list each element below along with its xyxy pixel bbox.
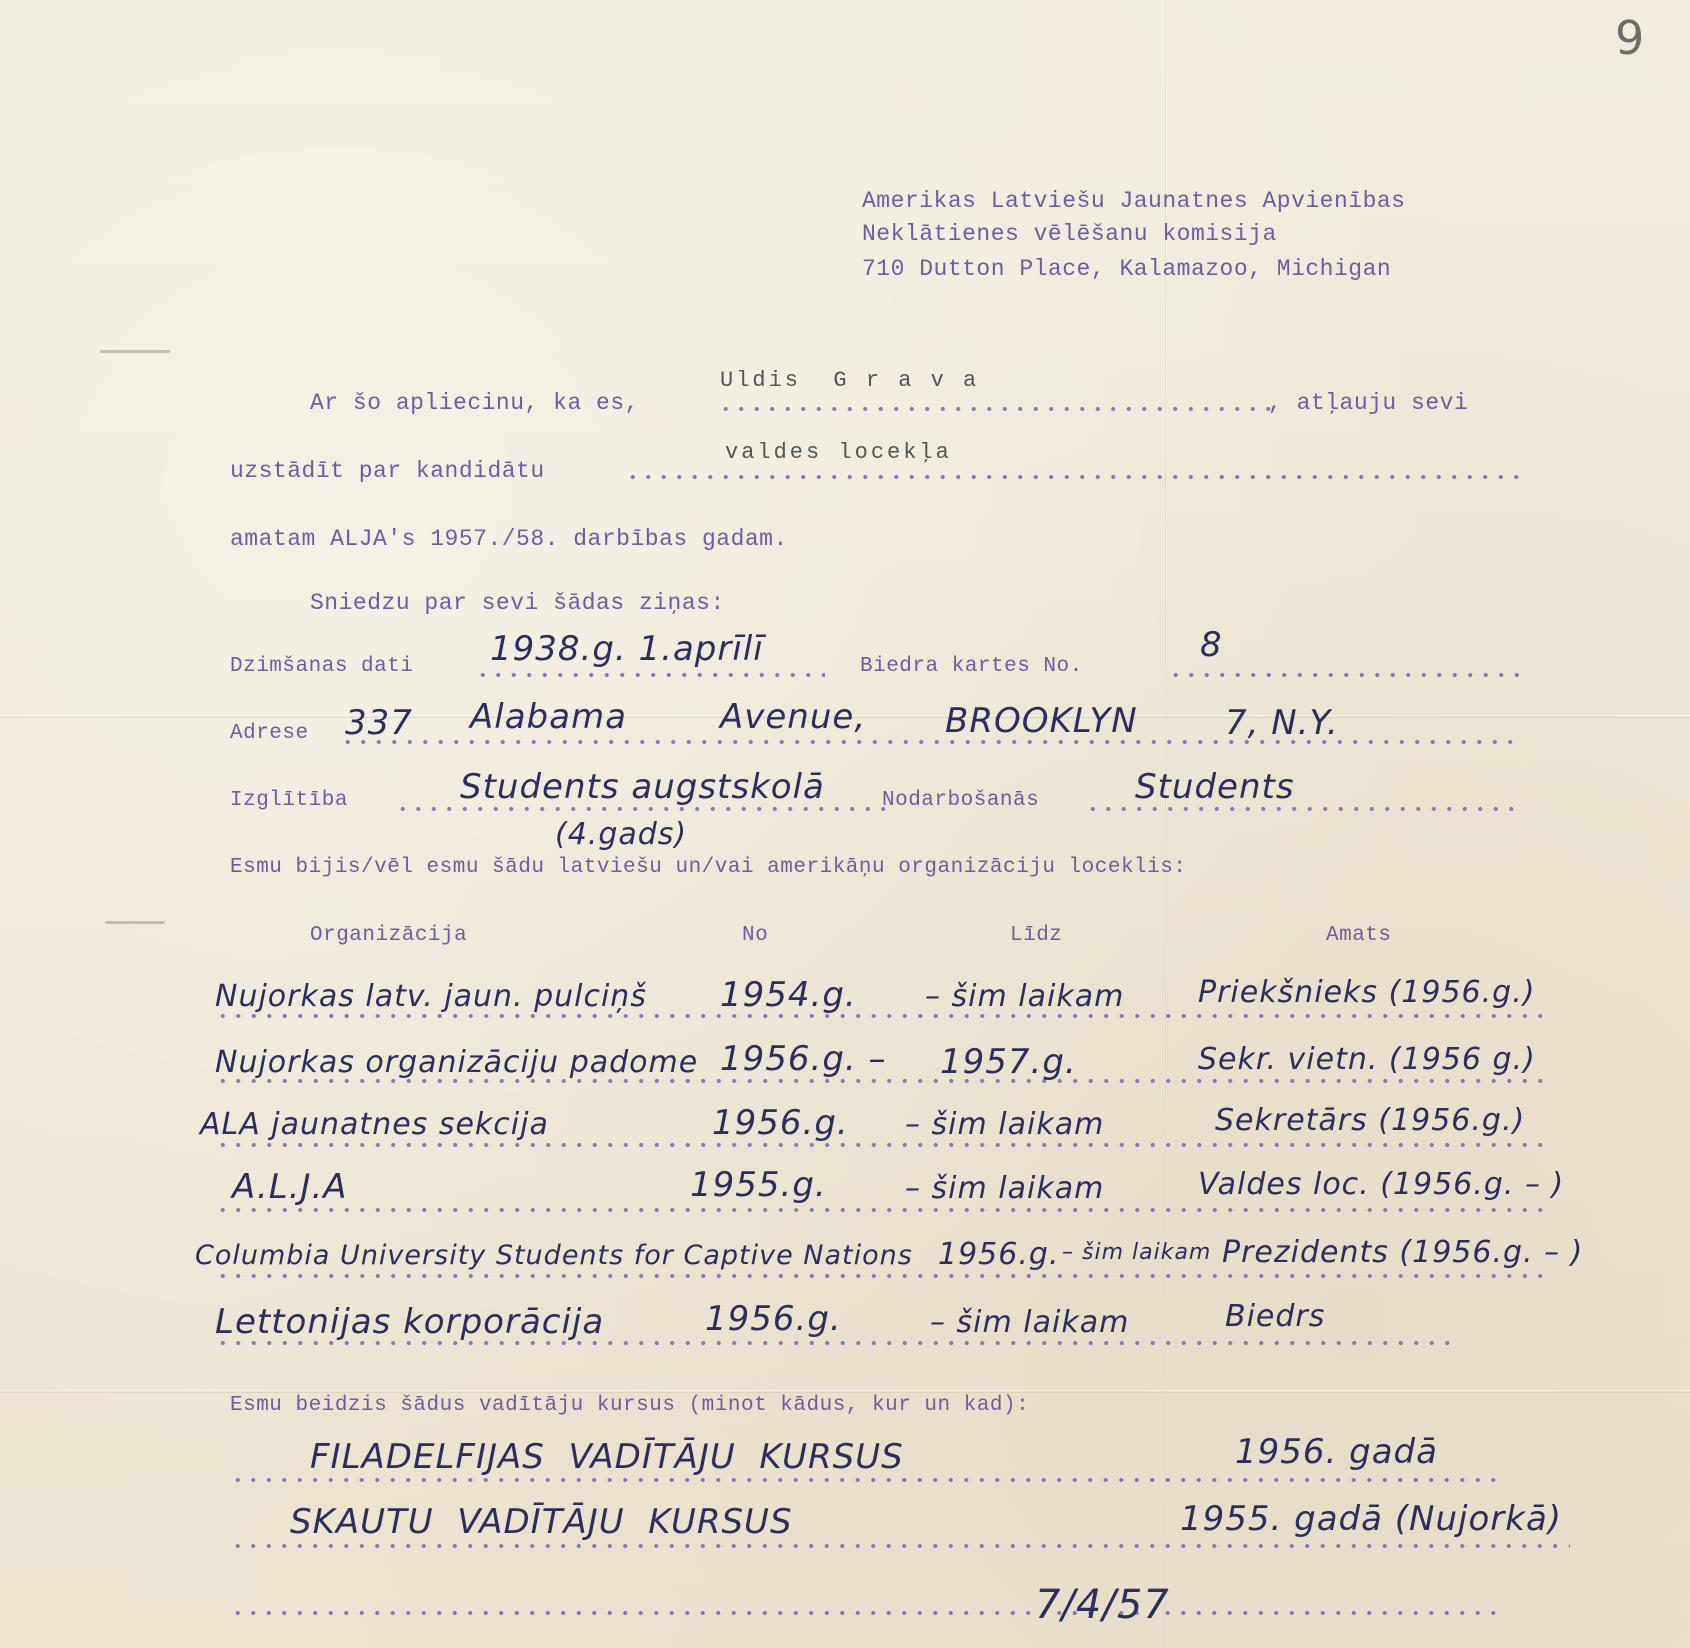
dotted-fill-line (625, 474, 1520, 480)
address-city: BROOKLYN (945, 704, 1138, 738)
position-field: valdes locekļa (725, 442, 952, 464)
table-row-organization: Nujorkas latv. jaun. pulciņš (215, 982, 647, 1012)
dotted-fill-line (215, 1142, 1545, 1148)
education-note: (4.gads) (555, 820, 687, 850)
address-label: Adrese (230, 723, 309, 744)
table-row-organization: ALA jaunatnes sekcija (200, 1110, 549, 1140)
birth-label: Dzimšanas dati (230, 656, 413, 677)
table-row-position: Sekretārs (1956.g.) (1215, 1106, 1525, 1136)
table-row-to: – šim laikam (930, 1308, 1129, 1338)
page-number: 9 (1615, 15, 1644, 61)
course-name: FILADELFIJAS VADĪTĀJU KURSUS (310, 1440, 904, 1474)
name-field: Uldis G r a v a (720, 370, 979, 392)
signature-line (230, 1610, 1505, 1616)
dotted-fill-line (215, 1273, 1545, 1279)
table-row-position: Valdes loc. (1956.g. – ) (1198, 1170, 1564, 1200)
dotted-fill-line (1168, 672, 1520, 678)
dotted-fill-line (230, 1477, 1505, 1483)
paper-fold (0, 1390, 1690, 1393)
dotted-fill-line (340, 739, 1520, 745)
table-row-to: – šim laikam (925, 982, 1124, 1012)
term-line: amatam ALJA's 1957./58. darbības gadam. (230, 528, 788, 551)
table-row-to: – šim laikam (1062, 1242, 1211, 1264)
education-value: Students augstskolā (460, 770, 825, 804)
table-row-to: – šim laikam (905, 1174, 1104, 1204)
info-intro: Sniedzu par sevi šādas ziņas: (310, 592, 725, 615)
table-row-position: Sekr. vietn. (1956 g.) (1198, 1045, 1536, 1075)
header-to: Līdz (1010, 925, 1062, 946)
dotted-fill-line (475, 672, 825, 678)
signature-date: 7/4/57 (1035, 1585, 1170, 1625)
table-row-organization: Nujorkas organizāciju padome (215, 1048, 698, 1078)
candidate-label: uzstādīt par kandidātu (230, 460, 545, 483)
declaration-prefix: Ar šo apliecinu, ka es, (310, 392, 639, 415)
table-row-from: 1956.g. – (720, 1042, 887, 1076)
dotted-fill-line (718, 406, 1273, 412)
table-row-from: 1956.g. (938, 1240, 1059, 1270)
course-when: 1955. gadā (Nujorkā) (1180, 1502, 1562, 1536)
dotted-fill-line (230, 1543, 1570, 1549)
table-row-to: 1957.g. (940, 1045, 1077, 1079)
card-label: Biedra kartes No. (860, 656, 1083, 677)
dotted-fill-line (215, 1207, 1545, 1213)
table-row-from: 1956.g. (712, 1106, 849, 1140)
birth-value: 1938.g. 1.aprīlī (490, 632, 764, 666)
occupation-label: Nodarbošanās (882, 790, 1039, 811)
punch-mark (100, 350, 170, 353)
table-row-from: 1956.g. (705, 1302, 842, 1336)
header-from: No (742, 925, 768, 946)
table-row-organization: A.L.J.A (232, 1170, 348, 1204)
address-avenue: Avenue, (720, 700, 866, 734)
address-zone-state: 7, N.Y. (1225, 706, 1339, 740)
header-organization: Organizācija (310, 925, 467, 946)
table-row-to: – šim laikam (905, 1110, 1104, 1140)
table-row-position: Biedrs (1225, 1302, 1325, 1332)
letterhead-line-2: Neklātienes vēlēšanu komisija (862, 223, 1277, 246)
course-name: SKAUTU VADĪTĀJU KURSUS (290, 1505, 793, 1539)
card-value: 8 (1200, 628, 1223, 662)
punch-mark (105, 921, 165, 924)
letterhead-line-1: Amerikas Latviešu Jaunatnes Apvienības (862, 190, 1406, 213)
address-street: Alabama (470, 700, 627, 734)
table-row-position: Prezidents (1956.g. – ) (1222, 1238, 1583, 1268)
education-label: Izglītība (230, 790, 348, 811)
header-position: Amats (1326, 925, 1392, 946)
table-row-position: Priekšnieks (1956.g.) (1198, 978, 1535, 1008)
table-row-from: 1955.g. (690, 1168, 827, 1202)
courses-intro: Esmu beidzis šādus vadītāju kursus (mino… (230, 1395, 1029, 1416)
table-row-organization: Lettonijas korporācija (215, 1305, 604, 1339)
address-number: 337 (345, 706, 413, 740)
paper-fold (1165, 0, 1167, 1648)
occupation-value: Students (1135, 770, 1295, 804)
declaration-suffix: , atļauju sevi (1268, 392, 1468, 415)
course-when: 1956. gadā (1235, 1435, 1438, 1469)
letterhead-line-3: 710 Dutton Place, Kalamazoo, Michigan (862, 258, 1391, 281)
table-row-from: 1954.g. (720, 978, 857, 1012)
organizations-intro: Esmu bijis/vēl esmu šādu latviešu un/vai… (230, 857, 1186, 878)
table-row-organization: Columbia University Students for Captive… (195, 1242, 913, 1269)
